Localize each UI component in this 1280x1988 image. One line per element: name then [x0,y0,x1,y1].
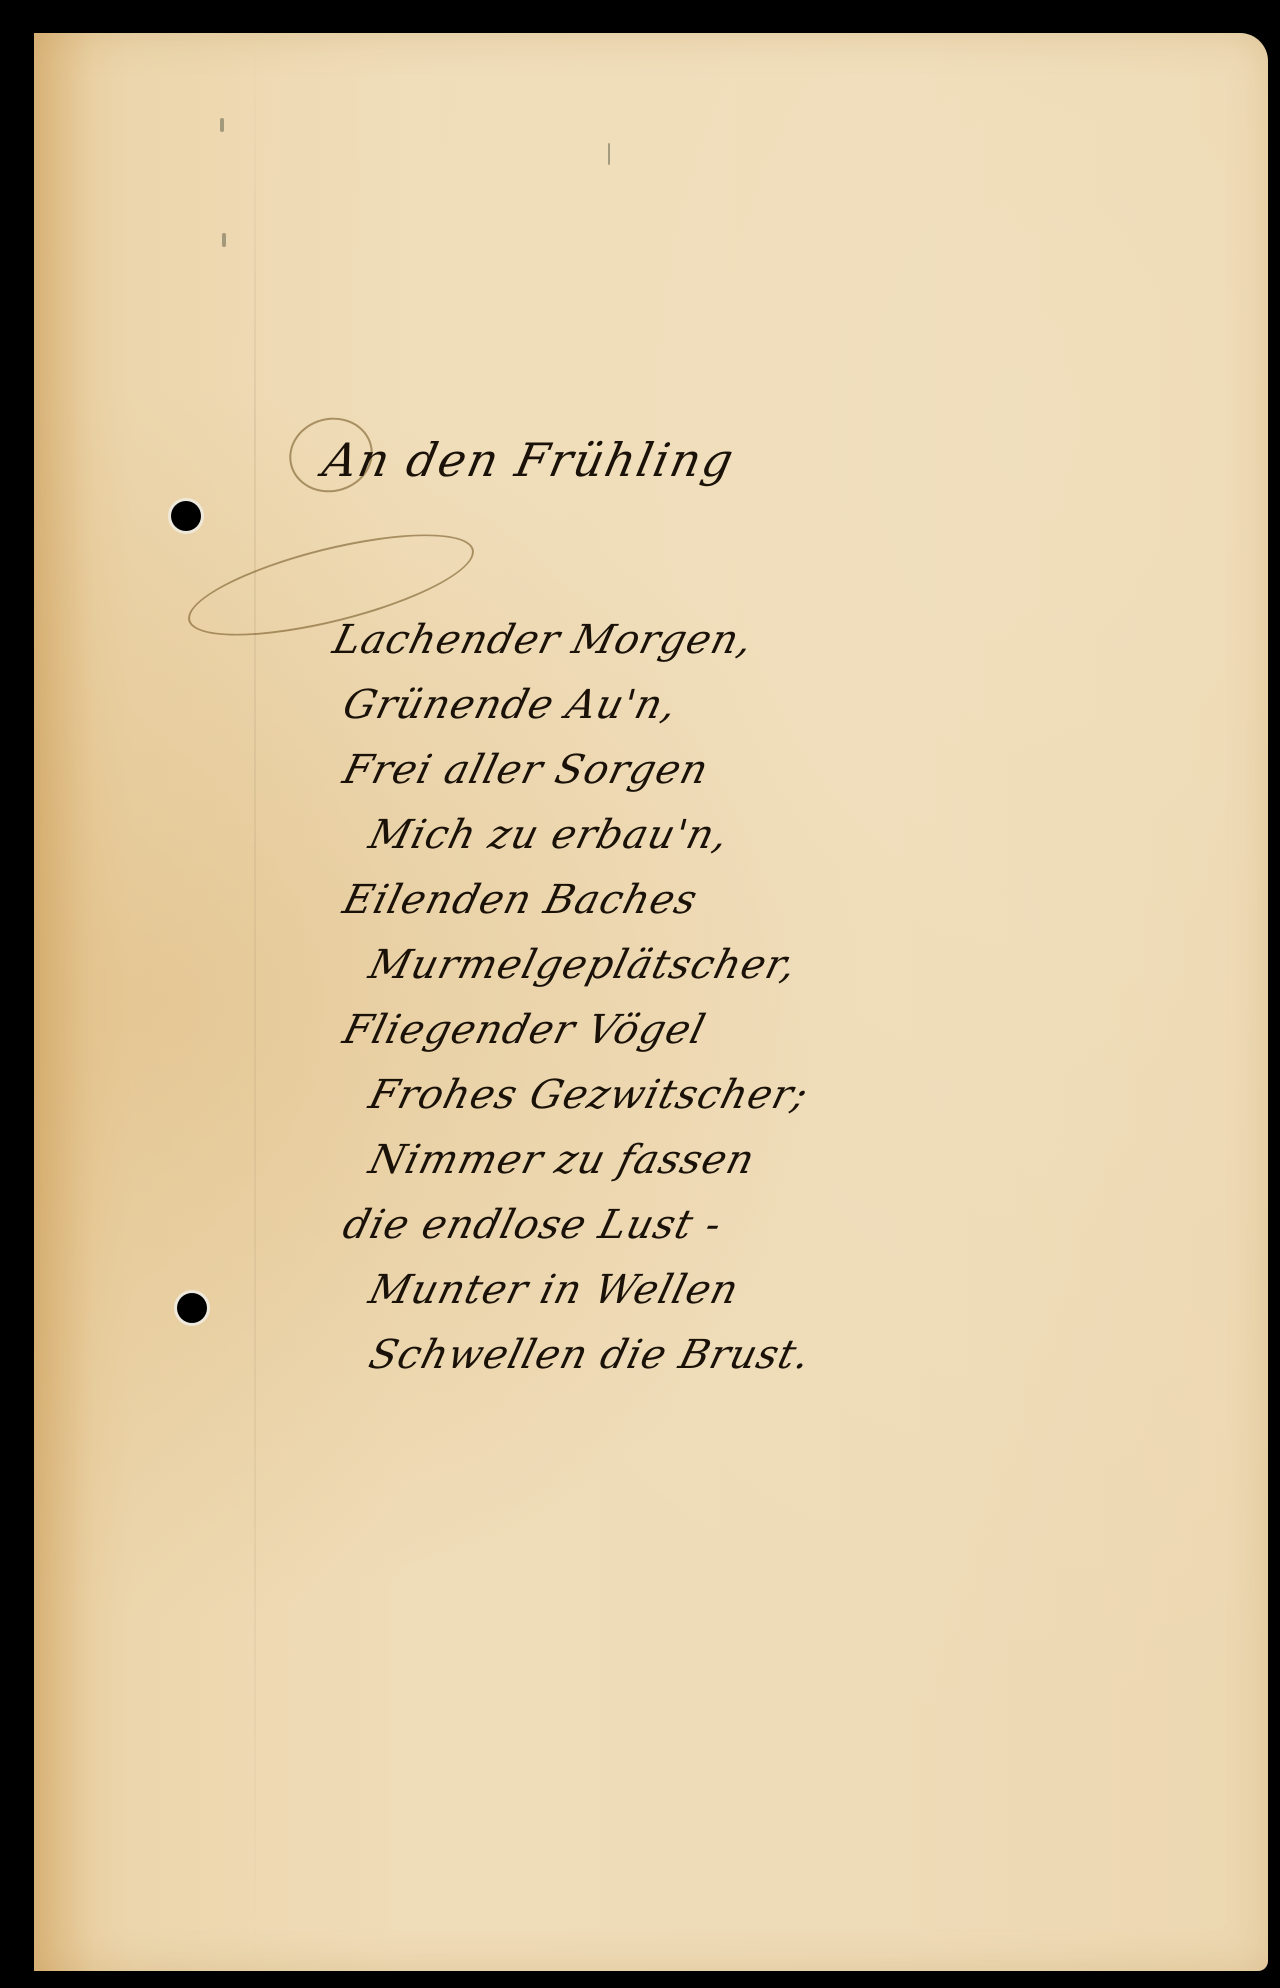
poem-line: Grünende Au'n, [326,673,818,738]
poem-line: Eilenden Baches [326,868,818,933]
poem-line: die endlose Lust - [326,1193,818,1258]
poem-line: Fliegender Vögel [326,998,818,1063]
poem-stanza: Lachender Morgen, Grünende Au'n, Frei al… [334,608,810,1388]
manuscript-page: An den Frühling Lachender Morgen, Grünen… [34,33,1268,1971]
poem-line: Lachender Morgen, [326,608,818,673]
handwritten-text: An den Frühling Lachender Morgen, Grünen… [34,33,1268,1971]
poem-line: Frohes Gezwitscher; [326,1063,818,1128]
poem-line: Frei aller Sorgen [326,738,818,803]
poem-line: Schwellen die Brust. [326,1323,818,1388]
poem-line: Munter in Wellen [326,1258,818,1323]
poem-line: Murmelgeplätscher, [326,933,818,998]
poem-line: Mich zu erbau'n, [326,803,818,868]
poem-line: Nimmer zu fassen [326,1128,818,1193]
poem-title: An den Frühling [318,433,740,487]
